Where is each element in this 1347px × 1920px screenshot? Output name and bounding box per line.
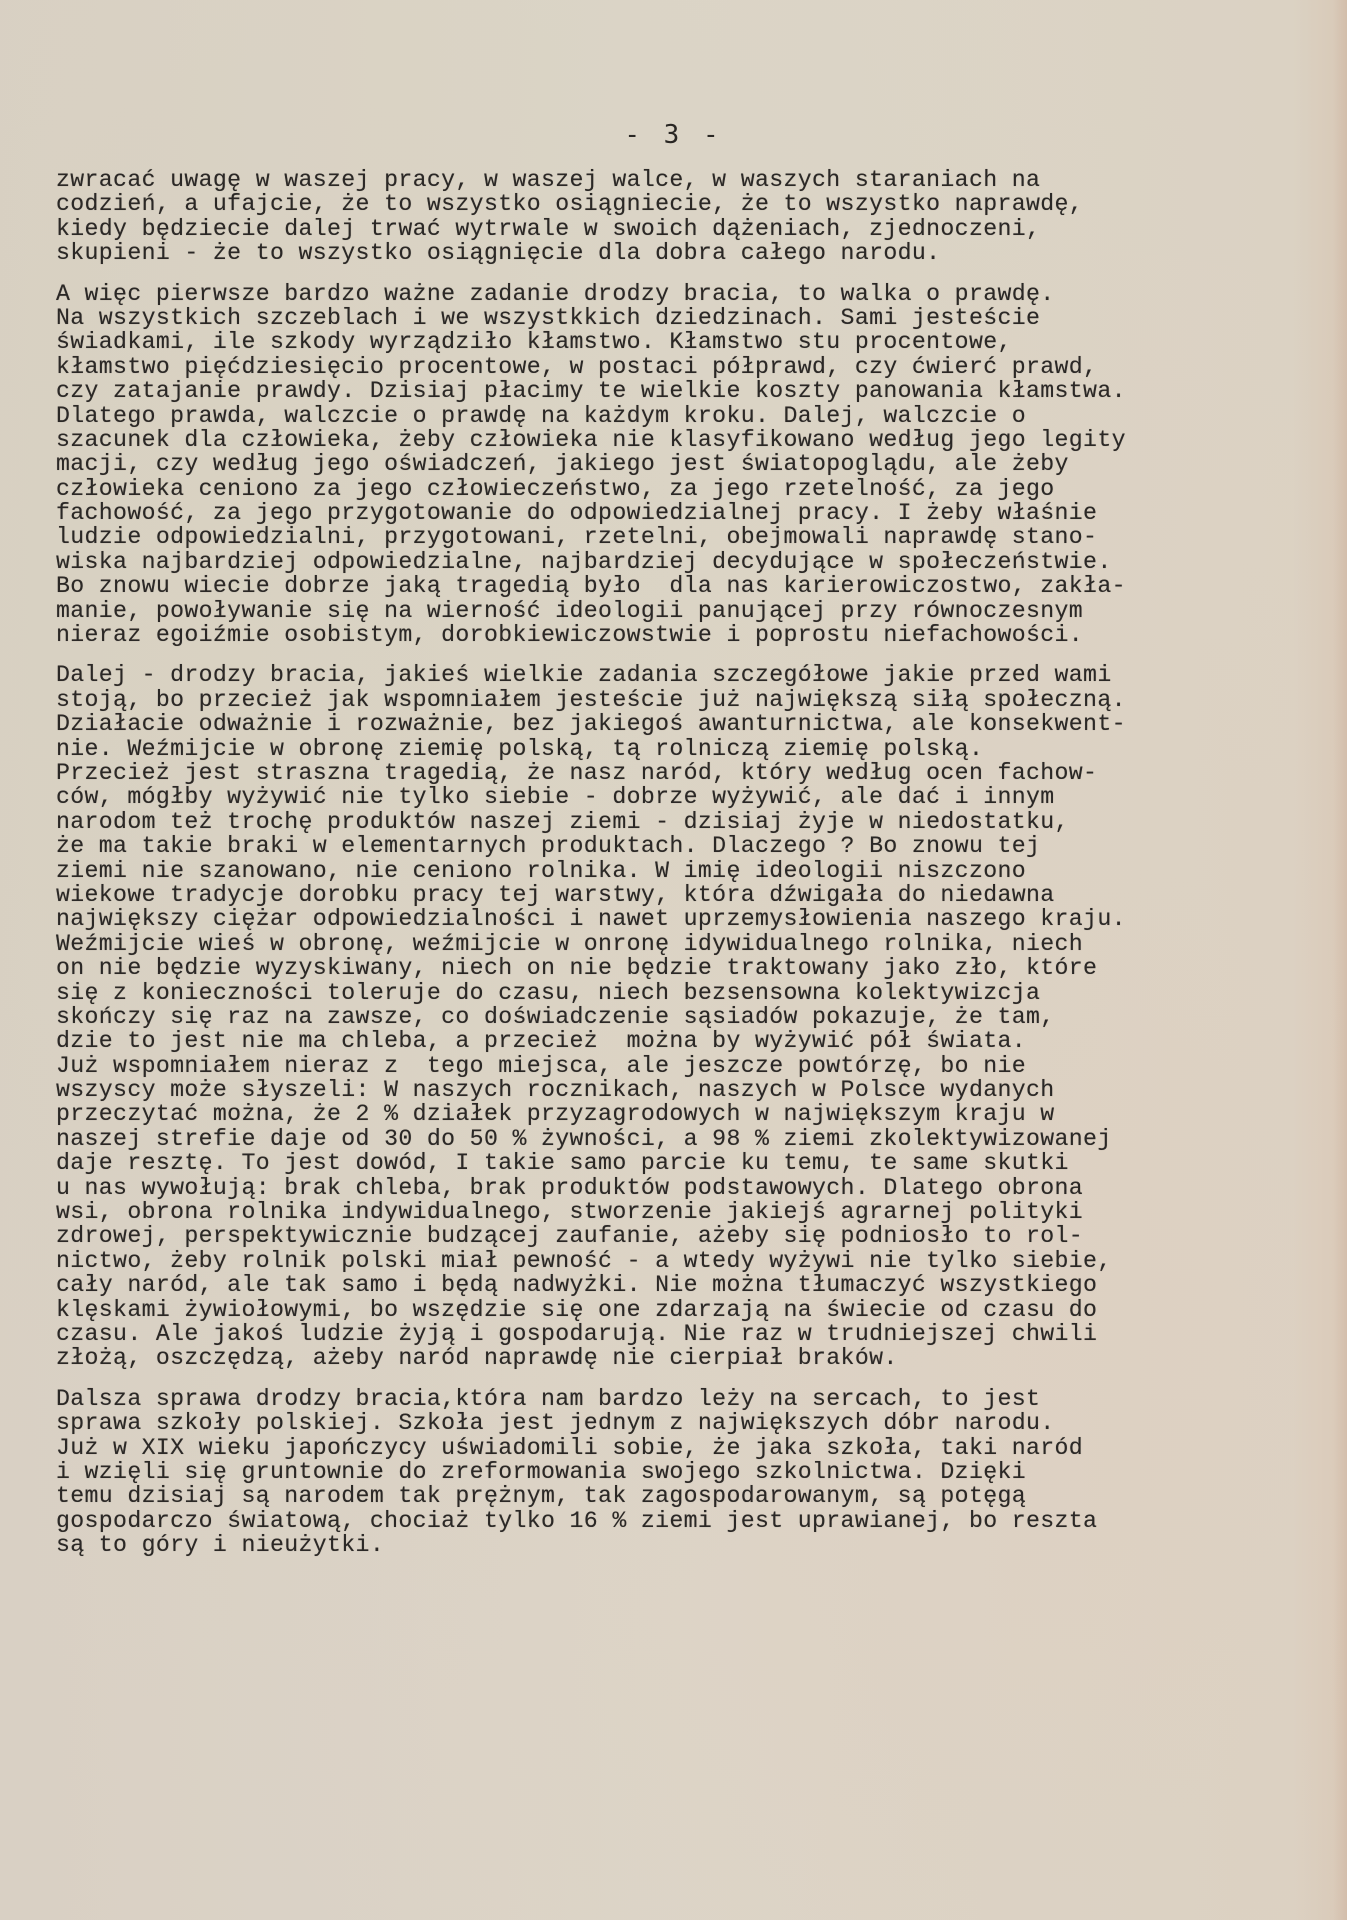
text-line: Na wszystkich szczeblach i we wszystkkic… [56,306,1336,330]
text-line: i wzięli się gruntownie do zreformowania… [56,1460,1336,1484]
text-line: świadkami, ile szkody wyrządziło kłamstw… [56,330,1336,354]
text-line: się z konieczności toleruje do czasu, ni… [56,981,1336,1005]
text-line: skupieni - że to wszystko osiągnięcie dl… [56,241,1336,265]
paragraph: Dalej - drodzy bracia, jakieś wielkie za… [56,663,1336,1370]
text-line: ziemi nie szanowano, nie ceniono rolnika… [56,859,1336,883]
text-line: ców, mógłby wyżywić nie tylko siebie - d… [56,785,1336,809]
text-line: że ma takie braki w elementarnych produk… [56,834,1336,858]
text-line: Działacie odważnie i rozważnie, bez jaki… [56,712,1336,736]
text-line: macji, czy według jego oświadczeń, jakie… [56,452,1336,476]
text-line: Już w XIX wieku japończycy uświadomili s… [56,1436,1336,1460]
text-line: klęskami żywiołowymi, bo wszędzie się on… [56,1298,1336,1322]
text-line: codzień, a ufajcie, że to wszystko osiąg… [56,192,1336,216]
text-line: wiekowe tradycje dorobku pracy tej warst… [56,883,1336,907]
text-line: narodom też trochę produktów naszej ziem… [56,810,1336,834]
text-line: przeczytać można, że 2 % działek przyzag… [56,1102,1336,1126]
text-line: szacunek dla człowieka, żeby człowieka n… [56,428,1336,452]
text-line: człowieka ceniono za jego człowieczeństw… [56,477,1336,501]
paper-page: - 3 - zwracać uwagę w waszej pracy, w wa… [0,0,1347,1920]
text-line: ludzie odpowiedzialni, przygotowani, rze… [56,525,1336,549]
text-line: Już wspomniałem nieraz z tego miejsca, a… [56,1054,1336,1078]
text-line: stoją, bo przecież jak wspomniałem jeste… [56,688,1336,712]
text-line: zdrowej, perspektywicznie budzącej zaufa… [56,1224,1336,1248]
paragraph: Dalsza sprawa drodzy bracia,która nam ba… [56,1387,1336,1558]
text-line: daje resztę. To jest dowód, I takie samo… [56,1151,1336,1175]
text-line: temu dzisiaj są narodem tak prężnym, tak… [56,1484,1336,1508]
text-line: fachowość, za jego przygotowanie do odpo… [56,501,1336,525]
text-line: gospodarczo światową, chociaż tylko 16 %… [56,1509,1336,1533]
text-line: manie, powoływanie się na wierność ideol… [56,599,1336,623]
text-line: on nie będzie wyzyskiwany, niech on nie … [56,956,1336,980]
text-line: cały naród, ale tak samo i będą nadwyżki… [56,1273,1336,1297]
text-line: są to góry i nieużytki. [56,1533,1336,1557]
text-line: Weźmijcie wieś w obronę, weźmijcie w onr… [56,932,1336,956]
text-line: nie. Weźmijcie w obronę ziemię polską, t… [56,737,1336,761]
text-line: u nas wywołują: brak chleba, brak produk… [56,1176,1336,1200]
text-line: kiedy będziecie dalej trwać wytrwale w s… [56,217,1336,241]
typewritten-body: zwracać uwagę w waszej pracy, w waszej w… [56,168,1336,1573]
text-line: Dlatego prawda, walczcie o prawdę na każ… [56,404,1336,428]
text-line: skończy się raz na zawsze, co doświadcze… [56,1005,1336,1029]
paragraph: A więc pierwsze bardzo ważne zadanie dro… [56,282,1336,648]
text-line: nieraz egoiźmie osobistym, dorobkiewiczo… [56,623,1336,647]
page-number: - 3 - [0,120,1347,150]
text-line: największy ciężar odpowiedzialności i na… [56,907,1336,931]
text-line: wsi, obrona rolnika indywidualnego, stwo… [56,1200,1336,1224]
text-line: naszej strefie daje od 30 do 50 % żywnoś… [56,1127,1336,1151]
text-line: sprawa szkoły polskiej. Szkoła jest jedn… [56,1411,1336,1435]
text-line: Dalsza sprawa drodzy bracia,która nam ba… [56,1387,1336,1411]
text-line: wiska najbardziej odpowiedzialne, najbar… [56,550,1336,574]
text-line: wszyscy może słyszeli: W naszych rocznik… [56,1078,1336,1102]
text-line: zwracać uwagę w waszej pracy, w waszej w… [56,168,1336,192]
text-line: czy zatajanie prawdy. Dzisiaj płacimy te… [56,379,1336,403]
paragraph: zwracać uwagę w waszej pracy, w waszej w… [56,168,1336,266]
text-line: dzie to jest nie ma chleba, a przecież m… [56,1029,1336,1053]
text-line: kłamstwo pięćdziesięcio procentowe, w po… [56,355,1336,379]
text-line: nictwo, żeby rolnik polski miał pewność … [56,1249,1336,1273]
text-line: złożą, oszczędzą, ażeby naród naprawdę n… [56,1346,1336,1370]
text-line: Przecież jest straszna tragedią, że nasz… [56,761,1336,785]
text-line: czasu. Ale jakoś ludzie żyją i gospodaru… [56,1322,1336,1346]
text-line: A więc pierwsze bardzo ważne zadanie dro… [56,282,1336,306]
text-line: Dalej - drodzy bracia, jakieś wielkie za… [56,663,1336,687]
text-line: Bo znowu wiecie dobrze jaką tragedią był… [56,574,1336,598]
